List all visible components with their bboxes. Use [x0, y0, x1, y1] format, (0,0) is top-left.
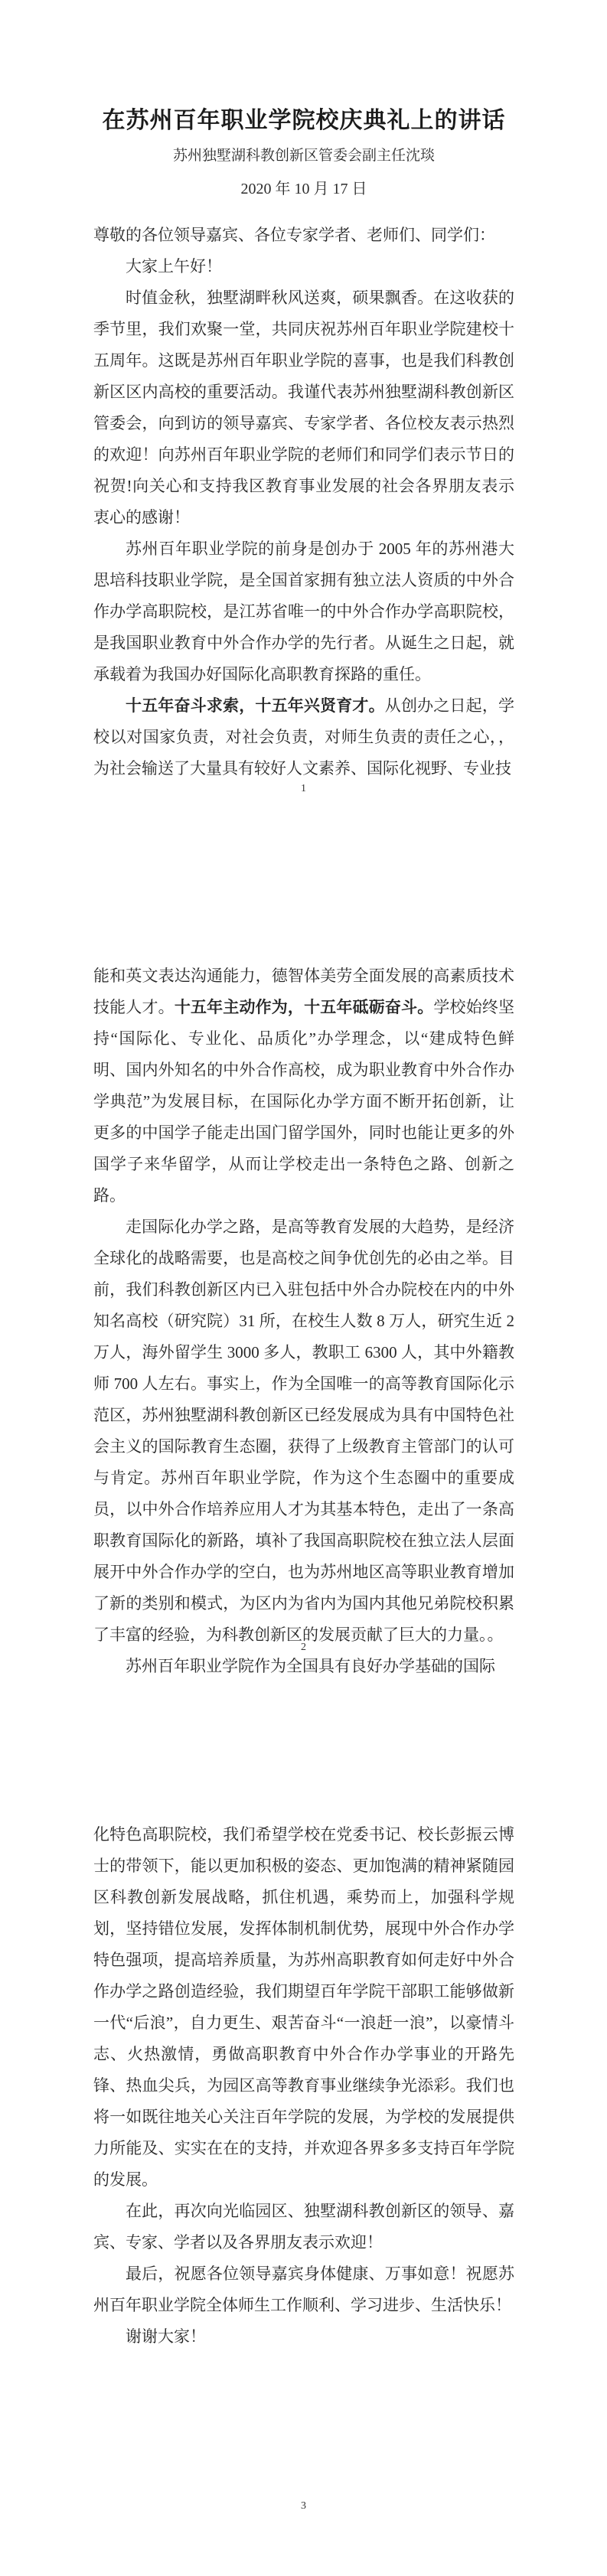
text-run: 时值金秋，独墅湖畔秋风送爽，硕果飘香。在这收获的季节里，我们欢聚一堂，共同庆祝苏… — [93, 289, 514, 527]
page-1: 在苏州百年职业学院校庆典礼上的讲话 苏州独墅湖科教创新区管委会副主任沈琰 202… — [0, 0, 607, 859]
text-run: 最后，祝愿各位领导嘉宾身体健康、万事如意！祝愿苏州百年职业学院全体师生工作顺利、… — [93, 2265, 514, 2314]
text-run: 大家上午好！ — [126, 257, 222, 276]
paragraph: 能和英文表达沟通能力，德智体美劳全面发展的高素质技术技能人才。十五年主动作为，十… — [93, 960, 514, 1211]
page-3: 化特色高职院校，我们希望学校在党委书记、校长彭振云博士的带领下，能以更加积极的姿… — [0, 1717, 607, 2576]
paragraph: 苏州百年职业学院作为全国具有良好办学基础的国际 — [93, 1651, 514, 1682]
page-number: 3 — [0, 2499, 607, 2513]
document-title: 在苏州百年职业学院校庆典礼上的讲话 — [93, 102, 514, 140]
text-run: 苏州百年职业学院的前身是创办于 2005 年的苏州港大思培科技职业学院，是全国首… — [93, 540, 514, 683]
paragraph: 在此，再次向光临园区、独墅湖科教创新区的领导、嘉宾、专家、学者以及各界朋友表示欢… — [93, 2196, 514, 2258]
bold-text-run: 十五年奋斗求索，十五年兴贤育才。 — [126, 696, 385, 715]
bold-text-run: 十五年主动作为，十五年砥砺奋斗。 — [175, 998, 434, 1016]
text-run: 苏州百年职业学院作为全国具有良好办学基础的国际 — [126, 1657, 495, 1675]
paragraph: 谢谢大家！ — [93, 2321, 514, 2353]
paragraph: 时值金秋，独墅湖畔秋风送爽，硕果飘香。在这收获的季节里，我们欢聚一堂，共同庆祝苏… — [93, 282, 514, 533]
paragraph: 走国际化办学之路，是高等教育发展的大趋势，是经济全球化的战略需要，也是高校之间争… — [93, 1211, 514, 1651]
text-run: 化特色高职院校，我们希望学校在党委书记、校长彭振云博士的带领下，能以更加积极的姿… — [93, 1825, 514, 2189]
page-2-body: 能和英文表达沟通能力，德智体美劳全面发展的高素质技术技能人才。十五年主动作为，十… — [93, 960, 514, 1682]
text-run: 走国际化办学之路，是高等教育发展的大趋势，是经济全球化的战略需要，也是高校之间争… — [93, 1218, 514, 1644]
document: 在苏州百年职业学院校庆典礼上的讲话 苏州独墅湖科教创新区管委会副主任沈琰 202… — [0, 0, 607, 2576]
date-line: 2020 年 10 月 17 日 — [93, 172, 514, 206]
paragraph: 最后，祝愿各位领导嘉宾身体健康、万事如意！祝愿苏州百年职业学院全体师生工作顺利、… — [93, 2258, 514, 2321]
paragraph: 大家上午好！ — [93, 251, 514, 282]
page-number: 2 — [0, 1641, 607, 1655]
paragraph: 尊敬的各位领导嘉宾、各位专家学者、老师们、同学们： — [93, 220, 514, 251]
paragraph: 化特色高职院校，我们希望学校在党委书记、校长彭振云博士的带领下，能以更加积极的姿… — [93, 1819, 514, 2196]
author-line: 苏州独墅湖科教创新区管委会副主任沈琰 — [93, 140, 514, 172]
text-run: 在此，再次向光临园区、独墅湖科教创新区的领导、嘉宾、专家、学者以及各界朋友表示欢… — [93, 2202, 514, 2252]
document-heading: 在苏州百年职业学院校庆典礼上的讲话 苏州独墅湖科教创新区管委会副主任沈琰 202… — [93, 102, 514, 206]
paragraph: 苏州百年职业学院的前身是创办于 2005 年的苏州港大思培科技职业学院，是全国首… — [93, 533, 514, 690]
page-number: 1 — [0, 782, 607, 796]
paragraph: 十五年奋斗求索，十五年兴贤育才。从创办之日起，学校以对国家负责，对社会负责，对师… — [93, 690, 514, 784]
text-run: 尊敬的各位领导嘉宾、各位专家学者、老师们、同学们： — [93, 226, 495, 244]
page-1-body: 尊敬的各位领导嘉宾、各位专家学者、老师们、同学们：大家上午好！时值金秋，独墅湖畔… — [93, 220, 514, 784]
page-3-body: 化特色高职院校，我们希望学校在党委书记、校长彭振云博士的带领下，能以更加积极的姿… — [93, 1819, 514, 2353]
text-run: 学校始终坚持“国际化、专业化、品质化”办学理念，以“建成特色鲜明、国内外知名的中… — [93, 998, 514, 1205]
text-run: 谢谢大家！ — [126, 2327, 206, 2346]
page-2: 能和英文表达沟通能力，德智体美劳全面发展的高素质技术技能人才。十五年主动作为，十… — [0, 859, 607, 1717]
